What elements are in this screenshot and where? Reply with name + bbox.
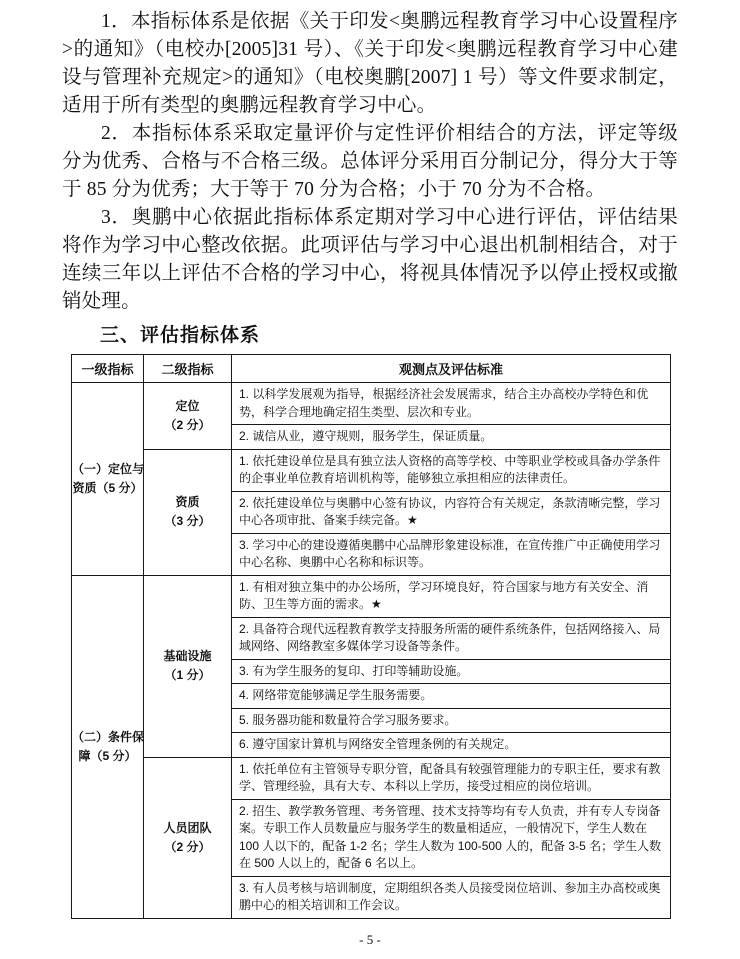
evaluation-indicator-table: 一级指标 二级指标 观测点及评估标准 （一）定位与 资质（5 分） 定位 （2 … <box>71 354 671 919</box>
header-level2: 二级指标 <box>144 355 232 383</box>
criteria-cell: 1. 依托建设单位是具有独立法人资格的高等学校、中等职业学校或具备办学条件的企事… <box>232 449 671 491</box>
criteria-cell: 6. 遵守国家计算机与网络安全管理条例的有关规定。 <box>232 733 671 758</box>
criteria-cell: 5. 服务器功能和数量符合学习服务要求。 <box>232 708 671 733</box>
level2-cell-renyuantuandui: 人员团队 （2 分） <box>144 757 232 918</box>
criteria-cell: 2. 诚信从业，遵守规则，服务学生，保证质量。 <box>232 425 671 450</box>
criteria-cell: 2. 依托建设单位与奥鹏中心签有协议，内容符合有关规定，条款清晰完整，学习中心各… <box>232 491 671 533</box>
header-criteria: 观测点及评估标准 <box>232 355 671 383</box>
criteria-cell: 3. 有人员考核与培训制度，定期组织各类人员接受岗位培训、参加主办高校或奥鹏中心… <box>232 876 671 918</box>
header-level1: 一级指标 <box>72 355 144 383</box>
level2-cell-zizhi: 资质 （3 分） <box>144 449 232 575</box>
criteria-cell: 1. 有相对独立集中的办公场所，学习环境良好，符合国家与地方有关安全、消防、卫生… <box>232 575 671 617</box>
page-number: - 5 - <box>62 932 678 948</box>
criteria-cell: 3. 有为学生服务的复印、打印等辅助设施。 <box>232 659 671 684</box>
criteria-cell: 4. 网络带宽能够满足学生服务需要。 <box>232 684 671 709</box>
table-row: （一）定位与 资质（5 分） 定位 （2 分） 1. 以科学发展观为指导，根据经… <box>72 383 671 425</box>
criteria-cell: 2. 具备符合现代远程教育教学支持服务所需的硬件系统条件，包括网络接入、局域网络… <box>232 617 671 659</box>
table-row: 人员团队 （2 分） 1. 依托单位有主管领导专职分管，配备具有较强管理能力的专… <box>72 757 671 799</box>
level2-cell-dingwei: 定位 （2 分） <box>144 383 232 450</box>
criteria-cell: 1. 以科学发展观为指导，根据经济社会发展需求，结合主办高校办学特色和优势，科学… <box>232 383 671 425</box>
level2-cell-jichusheshi: 基础设施 （1 分） <box>144 575 232 757</box>
table-row: （二）条件保 障（5 分） 基础设施 （1 分） 1. 有相对独立集中的办公场所… <box>72 575 671 617</box>
table-row: 资质 （3 分） 1. 依托建设单位是具有独立法人资格的高等学校、中等职业学校或… <box>72 449 671 491</box>
table-header-row: 一级指标 二级指标 观测点及评估标准 <box>72 355 671 383</box>
paragraph-1: 1．本指标体系是依据《关于印发<奥鹏远程教育学习中心设置程序>的通知》（电校办[… <box>62 8 678 120</box>
criteria-cell: 2. 招生、教学教务管理、考务管理、技术支持等均有专人负责，并有专人专岗备案。专… <box>232 799 671 876</box>
section-heading: 三、评估指标体系 <box>62 320 678 347</box>
criteria-cell: 1. 依托单位有主管领导专职分管，配备具有较强管理能力的专职主任，要求有教学、管… <box>232 757 671 799</box>
level1-cell-conditions: （二）条件保 障（5 分） <box>72 575 144 918</box>
level1-cell-positioning: （一）定位与 资质（5 分） <box>72 383 144 576</box>
document-page: 1．本指标体系是依据《关于印发<奥鹏远程教育学习中心设置程序>的通知》（电校办[… <box>0 0 740 959</box>
paragraph-3: 3．奥鹏中心依据此指标体系定期对学习中心进行评估，评估结果将作为学习中心整改依据… <box>62 204 678 316</box>
paragraph-2: 2．本指标体系采取定量评价与定性评价相结合的方法，评定等级分为优秀、合格与不合格… <box>62 120 678 204</box>
criteria-cell: 3. 学习中心的建设遵循奥鹏中心品牌形象建设标准，在宣传推广中正确使用学习中心名… <box>232 533 671 575</box>
